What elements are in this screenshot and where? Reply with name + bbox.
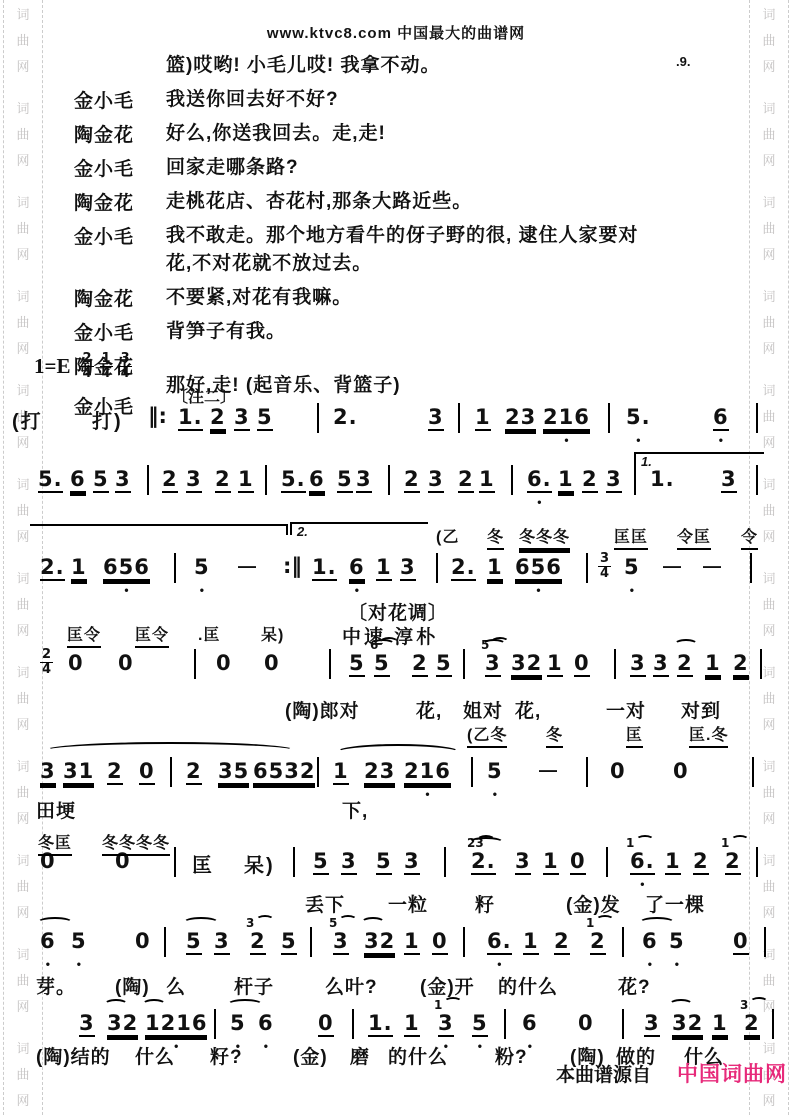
- percussion-syllable: .匡: [198, 622, 220, 645]
- note: 5: [349, 652, 365, 677]
- grace-note: 1: [434, 998, 442, 1012]
- music-line: 2400005652553321033212: [0, 652, 792, 686]
- lyric: 什么: [135, 1042, 175, 1069]
- note-digits: 1: [665, 850, 681, 875]
- note-digits: 5: [374, 652, 390, 677]
- watermark-char: 曲: [762, 504, 775, 517]
- percussion-syllable: 呆): [261, 622, 284, 645]
- note: 6: [309, 468, 325, 493]
- lyric: 了一棵: [645, 890, 705, 917]
- note-digits: 6.: [527, 468, 552, 493]
- meter-denominator: 4: [600, 567, 609, 581]
- note-digits: 1.: [650, 468, 675, 490]
- note-digits: 0: [68, 652, 84, 674]
- slur-arc: [104, 999, 128, 1010]
- note: 0: [118, 652, 134, 675]
- octave-dot: •: [636, 434, 640, 446]
- note-digits: 0: [318, 1012, 334, 1037]
- barline: [511, 465, 513, 495]
- note: 2: [582, 468, 598, 493]
- octave-dot: •: [174, 1040, 178, 1052]
- note-digits: 2: [162, 468, 178, 493]
- note-digits: 6: [349, 556, 365, 581]
- sheet-music-page: 词曲网词曲网词曲网词曲网词曲网词曲网词曲网词曲网词曲网词曲网词曲网词曲网 词曲网…: [0, 0, 792, 1115]
- note-digits: 1: [547, 652, 563, 677]
- footer-brand: 中国词曲网: [677, 1058, 787, 1088]
- octave-dot: •: [536, 584, 540, 596]
- barline: [174, 847, 176, 877]
- lyric: 下,: [342, 796, 368, 823]
- grace-note: 5: [329, 916, 337, 930]
- note: 5.: [281, 468, 306, 493]
- note: 2.: [451, 556, 476, 581]
- key-signature-line: 1=E 241434: [34, 352, 132, 380]
- barline: [504, 1009, 506, 1039]
- lyric: 一粒: [388, 890, 428, 917]
- note-digits: 1: [712, 1012, 728, 1037]
- percussion-syllable: 匡: [626, 722, 643, 748]
- watermark-char: 网: [762, 718, 775, 731]
- note-digits: 1: [404, 1012, 420, 1037]
- duration-dash: —: [238, 556, 256, 577]
- slur-arc: [183, 917, 219, 928]
- watermark-char: 曲: [762, 880, 775, 893]
- note: 0: [574, 652, 590, 677]
- watermark-char: 词: [16, 1042, 29, 1055]
- note: 5•: [624, 556, 640, 579]
- watermark-char: 网: [762, 624, 775, 637]
- barline: [293, 847, 295, 877]
- note-digits: 2: [554, 930, 570, 955]
- note-digits: 3: [404, 850, 420, 875]
- grace-slur: [596, 915, 614, 924]
- note-digits: 32: [511, 652, 542, 677]
- note-digits: 3: [79, 1012, 95, 1037]
- watermark-char: 词: [16, 478, 29, 491]
- note: 3: [186, 468, 202, 493]
- meter-denominator: 4: [121, 367, 130, 381]
- slur-arc: [361, 917, 385, 928]
- note-digits: 6: [642, 930, 658, 952]
- note: 5: [313, 850, 329, 875]
- note: 0: [432, 930, 448, 955]
- percussion-syllable: 冬匡: [38, 830, 72, 856]
- watermark-char: 词: [762, 666, 775, 679]
- note: 2: [412, 652, 428, 677]
- watermark-char: 词: [762, 8, 775, 21]
- note: 1.: [368, 1012, 393, 1037]
- lyric: 花?: [618, 972, 651, 999]
- dialogue-row: 金小毛我送你回去好不好?: [0, 86, 792, 114]
- note-digits: 0: [216, 652, 232, 674]
- barline: [329, 649, 331, 679]
- watermark-char: 曲: [16, 974, 29, 987]
- watermark-char: 曲: [16, 504, 29, 517]
- barline: [586, 553, 588, 583]
- repeat-sign: :‖: [283, 554, 302, 578]
- footer: 本曲谱源自 中国词曲网: [556, 1058, 787, 1088]
- note-digits: 23: [364, 760, 395, 785]
- note: 656•: [103, 556, 150, 581]
- volta-bracket: 1.: [634, 452, 764, 465]
- note-digits: 5: [337, 468, 353, 493]
- lyric: (金)开: [420, 972, 475, 999]
- watermark-char: 曲: [762, 974, 775, 987]
- barline: [634, 465, 636, 495]
- grace-note: 1: [626, 836, 634, 850]
- note-digits: 0: [135, 930, 151, 952]
- note: 0: [318, 1012, 334, 1037]
- note: 1.: [312, 556, 337, 581]
- note-digits: 0: [570, 850, 586, 875]
- note: 32: [250, 930, 266, 955]
- watermark-char: 网: [762, 436, 775, 449]
- percussion-syllable: (乙冬: [467, 722, 507, 748]
- inline-text: 呆): [244, 849, 275, 878]
- barline: [174, 553, 176, 583]
- watermark-char: 曲: [762, 598, 775, 611]
- music-line: 2.1656•5•—:‖1.6•132.1656•345•——: [0, 556, 792, 590]
- lyric: (金)发: [566, 890, 621, 917]
- note-digits: 3: [630, 652, 646, 677]
- meter-fraction: 34: [119, 352, 132, 380]
- note-digits: 32: [364, 930, 395, 955]
- volta-label: 1.: [641, 454, 652, 469]
- lyric: 籽: [475, 890, 495, 917]
- watermark-char: 曲: [16, 880, 29, 893]
- note: 6•: [258, 1012, 274, 1035]
- watermark-char: 词: [16, 666, 29, 679]
- note-digits: 5: [313, 850, 329, 875]
- lyric: 么叶?: [325, 972, 378, 999]
- note: 3: [428, 468, 444, 493]
- note: 1: [523, 930, 539, 955]
- note-digits: 3: [333, 930, 349, 955]
- note: 1: [665, 850, 681, 875]
- annotation-label: 中速 淳朴: [342, 622, 438, 649]
- lyric: 花,: [515, 696, 541, 723]
- note-digits: 2: [186, 760, 202, 785]
- barline: [214, 1009, 216, 1039]
- percussion-syllable: 匡.冬: [689, 722, 728, 748]
- note: 53: [485, 652, 501, 677]
- note: 2.: [40, 556, 65, 581]
- octave-dot: •: [640, 878, 644, 890]
- meter-denominator: 4: [42, 663, 51, 677]
- note-digits: 3: [214, 930, 230, 955]
- note-digits: 5: [194, 556, 210, 578]
- note: 5•: [230, 1012, 246, 1035]
- note-digits: 5: [71, 930, 87, 952]
- slur-arc: [639, 917, 675, 928]
- dialogue-text: 我不敢走。那个地方看牛的伢子野的很, 逮住人家要对 花,不对花就不放过去。: [166, 222, 752, 278]
- octave-dot: •: [77, 958, 81, 970]
- note: 0: [673, 760, 689, 783]
- grace-slur: [731, 835, 749, 844]
- grace-slur: [380, 637, 398, 646]
- note-digits: 2: [582, 468, 598, 493]
- note-digits: 1: [71, 556, 87, 581]
- dialogue-text: 好么,你送我回去。走,走!: [166, 120, 752, 148]
- note-digits: 3: [438, 1012, 454, 1037]
- percussion-syllable: 匡令: [135, 622, 169, 648]
- dialogue-text: 那好,走! (起音乐、背篮子): [166, 372, 752, 400]
- grace-slur: [491, 637, 509, 646]
- watermark-char: 网: [16, 1000, 29, 1013]
- note: 5: [281, 930, 297, 955]
- grace-note: 5: [481, 638, 489, 652]
- note: 5: [376, 850, 392, 875]
- lyric: 的什么: [498, 972, 558, 999]
- note: 6.•: [527, 468, 552, 493]
- phrase-slur: [335, 744, 461, 761]
- note-digits: 3: [356, 468, 372, 493]
- octave-dot: •: [425, 788, 429, 800]
- watermark-char: 词: [16, 760, 29, 773]
- note: 0: [733, 930, 749, 955]
- note-digits: 32: [107, 1012, 138, 1037]
- barline: [170, 757, 172, 787]
- note-digits: 5: [281, 930, 297, 955]
- music-line: 331202356532123216•5•—00: [0, 760, 792, 794]
- note: 1: [333, 760, 349, 785]
- note: 232.: [471, 850, 496, 875]
- note-digits: 3: [341, 850, 357, 875]
- note: 1: [71, 556, 87, 581]
- watermark-char: 网: [16, 812, 29, 825]
- duration-dash: —: [539, 760, 557, 781]
- barline: [352, 1009, 354, 1039]
- note-digits: 6.: [630, 850, 655, 875]
- note: 32: [672, 1012, 703, 1037]
- note-digits: 1: [404, 930, 420, 955]
- note: 53: [333, 930, 349, 955]
- note: 6•: [349, 556, 365, 581]
- barline: [622, 927, 624, 957]
- note: 16.•: [630, 850, 655, 875]
- note-digits: 6: [258, 1012, 274, 1034]
- barline: [388, 465, 390, 495]
- note: 1: [547, 652, 563, 677]
- speaker-name: 金小毛: [74, 222, 166, 249]
- note: 6•: [642, 930, 658, 953]
- music-line: 6•5•0533255332106.•12126•5•0: [0, 930, 792, 964]
- lyric: (陶)结的: [36, 1042, 111, 1069]
- note: 1: [376, 556, 392, 581]
- note: 5•: [472, 1012, 488, 1037]
- note: 32: [364, 930, 395, 955]
- octave-dot: •: [497, 958, 501, 970]
- grace-note: 6: [370, 638, 378, 652]
- note-digits: 656: [103, 556, 150, 581]
- note-digits: 1.: [368, 1012, 393, 1037]
- note-digits: 1: [487, 556, 503, 581]
- octave-dot: •: [564, 434, 568, 446]
- note-digits: 2: [215, 468, 231, 493]
- octave-dot: •: [478, 1040, 482, 1052]
- percussion-syllable: 令匡: [677, 524, 711, 550]
- note: 3: [79, 1012, 95, 1037]
- note-digits: 31: [63, 760, 94, 785]
- watermark-char: 词: [762, 760, 775, 773]
- note-digits: 1: [523, 930, 539, 955]
- note: 3: [115, 468, 131, 493]
- note-digits: 216: [404, 760, 451, 785]
- footer-prefix: 本曲谱源自: [556, 1060, 651, 1087]
- note: 5•: [669, 930, 685, 953]
- note: 2: [677, 652, 693, 677]
- percussion-syllable: 匡匡: [614, 524, 648, 550]
- meter-numerator: 3: [119, 352, 132, 367]
- percussion-syllable: 冬: [487, 524, 504, 550]
- note: 5: [337, 468, 353, 493]
- note: 3: [606, 468, 622, 493]
- note-digits: 5.: [281, 468, 306, 493]
- note-digits: 35: [218, 760, 249, 785]
- note-digits: 5: [472, 1012, 488, 1037]
- barline: [622, 1009, 624, 1039]
- key-tonic: 1=E: [34, 354, 70, 379]
- duration-dash: —: [703, 556, 721, 577]
- note: 35: [218, 760, 249, 785]
- note: 3: [341, 850, 357, 875]
- note-digits: 0: [578, 1012, 594, 1034]
- note: 32: [511, 652, 542, 677]
- barline: [606, 847, 608, 877]
- octave-dot: •: [493, 788, 497, 800]
- note-digits: 5: [186, 930, 202, 955]
- slur-arc: [142, 999, 166, 1010]
- note-digits: 0: [733, 930, 749, 955]
- note: 1: [705, 652, 721, 677]
- note: 31: [63, 760, 94, 785]
- speaker-name: 陶金花: [74, 284, 166, 311]
- note-digits: 0: [139, 760, 155, 785]
- grace-slur: [339, 915, 357, 924]
- note: 3: [653, 652, 669, 677]
- volta-bracket: 2.: [290, 522, 428, 535]
- dialogue-row: 金小毛背笋子有我。: [0, 318, 792, 346]
- note: 12: [725, 850, 741, 875]
- note-digits: 5: [349, 652, 365, 677]
- grace-note: 3: [740, 998, 748, 1012]
- note: 0: [610, 760, 626, 783]
- watermark-char: 词: [762, 478, 775, 491]
- meter-numerator: 1: [100, 352, 113, 367]
- note-digits: 2: [107, 760, 123, 785]
- meter-numerator: 2: [80, 352, 93, 367]
- note: 32: [107, 1012, 138, 1037]
- note-digits: 1216: [145, 1012, 207, 1037]
- percussion-syllable: 冬冬冬: [519, 524, 570, 550]
- note-digits: 2.: [471, 850, 496, 875]
- dialogue-text: 我送你回去好不好?: [166, 86, 752, 114]
- time-signature: 34: [598, 552, 611, 580]
- watermark-char: 词: [16, 948, 29, 961]
- barline: [463, 927, 465, 957]
- note-digits: 0: [118, 652, 134, 674]
- watermark-char: 曲: [16, 1068, 29, 1081]
- watermark-char: 网: [16, 624, 29, 637]
- meter-fraction: 14: [100, 352, 113, 380]
- note: 6532: [253, 760, 315, 785]
- speaker-name: 金小毛: [74, 318, 166, 345]
- speaker-name: 金小毛: [74, 392, 166, 419]
- grace-note: 3: [246, 916, 254, 930]
- note-digits: 656: [515, 556, 562, 581]
- note: 2: [404, 468, 420, 493]
- percussion-syllable: (乙: [436, 524, 459, 547]
- note: 1216•: [145, 1012, 207, 1037]
- octave-dot: •: [200, 584, 204, 596]
- music-line: 5.65323215.65323216.•1231.3: [0, 468, 792, 502]
- meter-fraction: 24: [80, 352, 93, 380]
- note-digits: 5: [487, 760, 503, 782]
- slur-arc: [674, 639, 698, 650]
- grace-note: 23: [467, 836, 484, 850]
- barline: [310, 927, 312, 957]
- note-digits: 3: [186, 468, 202, 493]
- note-digits: 1: [238, 468, 254, 493]
- note-digits: 3: [644, 1012, 660, 1037]
- note-digits: 3: [653, 652, 669, 677]
- percussion-syllable: 匡令: [67, 622, 101, 648]
- note: 2: [693, 850, 709, 875]
- watermark-char: 曲: [762, 786, 775, 799]
- note: 0: [578, 1012, 594, 1035]
- lyric: 粉?: [495, 1042, 528, 1069]
- grace-note: 1: [721, 836, 729, 850]
- lyric: (金): [293, 1042, 328, 1069]
- grace-note: 1: [586, 916, 594, 930]
- watermark-char: 曲: [16, 598, 29, 611]
- note-digits: 3: [400, 556, 416, 581]
- note-digits: 2: [412, 652, 428, 677]
- slur-arc: [482, 639, 506, 650]
- lyric: 的什么: [388, 1042, 448, 1069]
- note: 1: [238, 468, 254, 493]
- note: 5•: [71, 930, 87, 953]
- note-digits: 6.: [487, 930, 512, 955]
- watermark-char: 词: [16, 8, 29, 21]
- music-line: 3321216•5•6•01.113•5•6•0332132: [0, 1012, 792, 1046]
- note-digits: 5: [93, 468, 109, 493]
- volta-continuation-line: [30, 524, 288, 535]
- percussion-syllable: 冬冬冬冬: [102, 830, 170, 856]
- barline: [194, 649, 196, 679]
- note: 6: [70, 468, 86, 493]
- lyric: 籽?: [210, 1042, 243, 1069]
- grace-slur: [636, 835, 654, 844]
- lyric: 杆子: [234, 972, 274, 999]
- dialogue-text: 背笋子有我。: [166, 318, 752, 346]
- note: 0: [135, 930, 151, 953]
- note: 1: [712, 1012, 728, 1037]
- octave-dot: •: [46, 958, 50, 970]
- barline: [471, 757, 473, 787]
- watermark-char: 网: [762, 812, 775, 825]
- barline: [265, 465, 267, 495]
- note-digits: 0: [115, 850, 131, 872]
- note: 2: [733, 652, 749, 677]
- note: 0: [570, 850, 586, 875]
- note: 5•: [194, 556, 210, 579]
- dialogue-row: 金小毛回家走哪条路?: [0, 154, 792, 182]
- lyric: (陶)郎对: [285, 696, 360, 723]
- slur-arc: [371, 639, 395, 650]
- lyric: 对到: [681, 696, 721, 723]
- dialogue-row: 篮)哎哟! 小毛儿哎! 我拿不动。: [0, 52, 792, 80]
